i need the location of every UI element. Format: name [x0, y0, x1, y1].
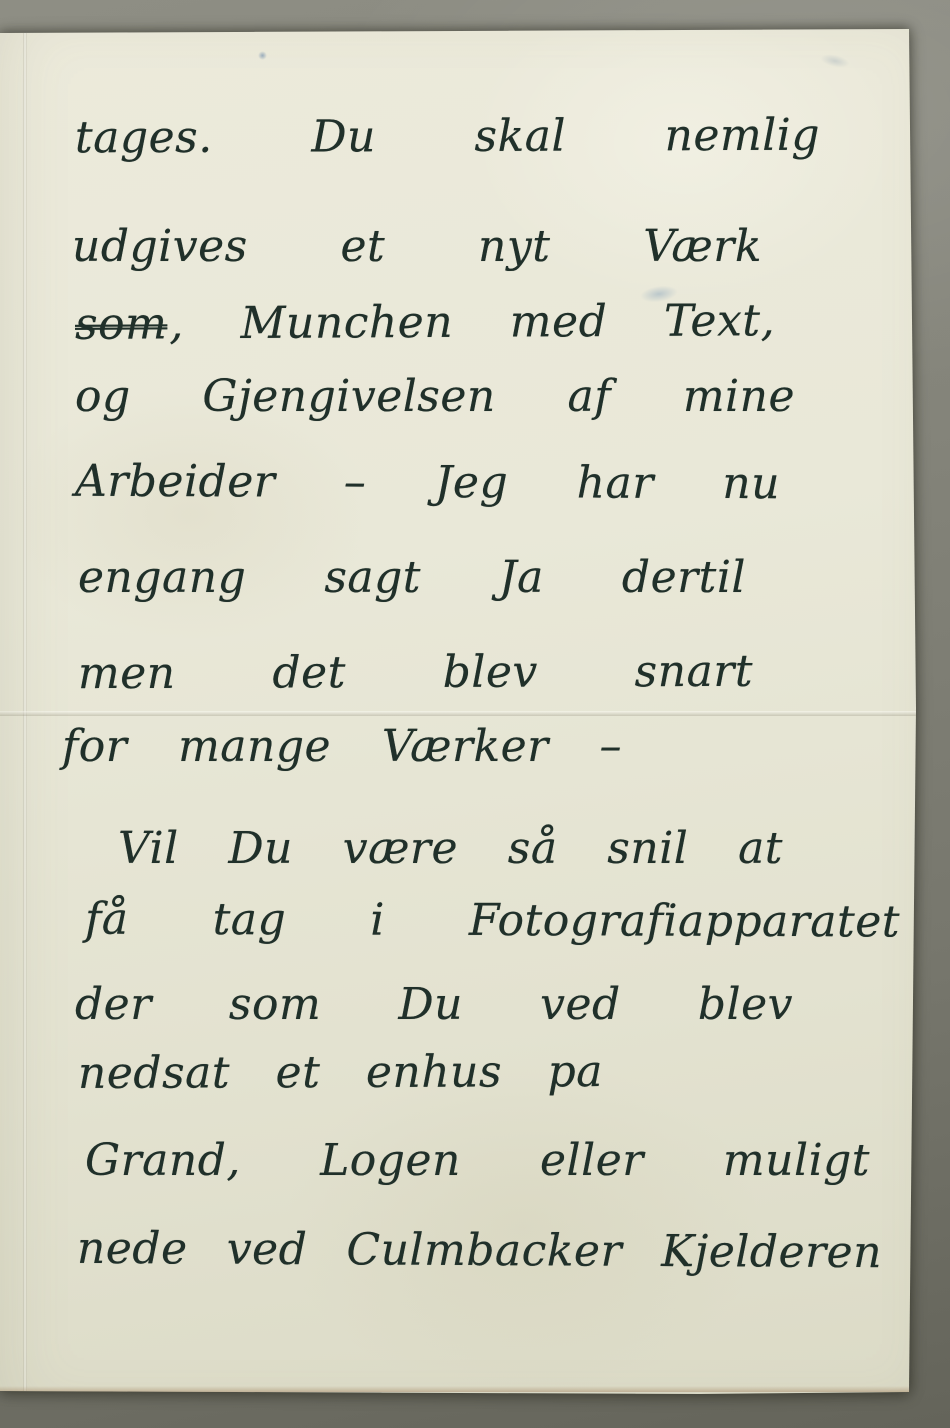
- struck-out-word: som: [75, 298, 168, 349]
- blue-ink-smudge: [819, 52, 851, 70]
- handwritten-line-5: Arbeider – Jeg har nu: [75, 457, 780, 510]
- handwritten-line-8: for mange Værker –: [62, 722, 622, 773]
- handwritten-line-7: men det blev snart: [78, 647, 753, 700]
- horizontal-fold-crease: [0, 711, 916, 716]
- handwritten-line-3: som, Munchen med Text,: [75, 296, 775, 350]
- handwritten-line-10: få tag i Fotografiapparatet: [85, 895, 900, 948]
- page-edge-sliver: [0, 0, 5, 16]
- handwritten-line-1: tages. Du skal nemlig: [75, 111, 820, 164]
- paper-bottom-edge: [0, 1386, 912, 1392]
- handwritten-line-6: engang sagt Ja dertil: [78, 553, 746, 604]
- handwritten-line-3-rest: , Munchen med Text,: [169, 295, 775, 349]
- paper-shadow-wrap: tages. Du skal nemlig udgives et nyt Vær…: [0, 0, 950, 1428]
- letter-paper-sheet: tages. Du skal nemlig udgives et nyt Vær…: [0, 0, 950, 1428]
- handwritten-line-11: der som Du ved blev: [75, 980, 793, 1031]
- handwritten-line-2: udgives et nyt Værk: [72, 222, 762, 273]
- handwritten-line-14: nede ved Culmbacker Kjelderen: [77, 1224, 882, 1279]
- handwritten-line-4: og Gjengivelsen af mine: [75, 372, 795, 423]
- handwritten-line-13: Grand, Logen eller muligt: [85, 1136, 870, 1187]
- handwritten-line-9: Vil Du være så snil at: [118, 824, 783, 875]
- blue-ink-smudge: [258, 51, 267, 60]
- handwritten-line-12: nedsat et enhus pa: [78, 1047, 603, 1099]
- photo-backdrop: tages. Du skal nemlig udgives et nyt Vær…: [0, 0, 950, 1428]
